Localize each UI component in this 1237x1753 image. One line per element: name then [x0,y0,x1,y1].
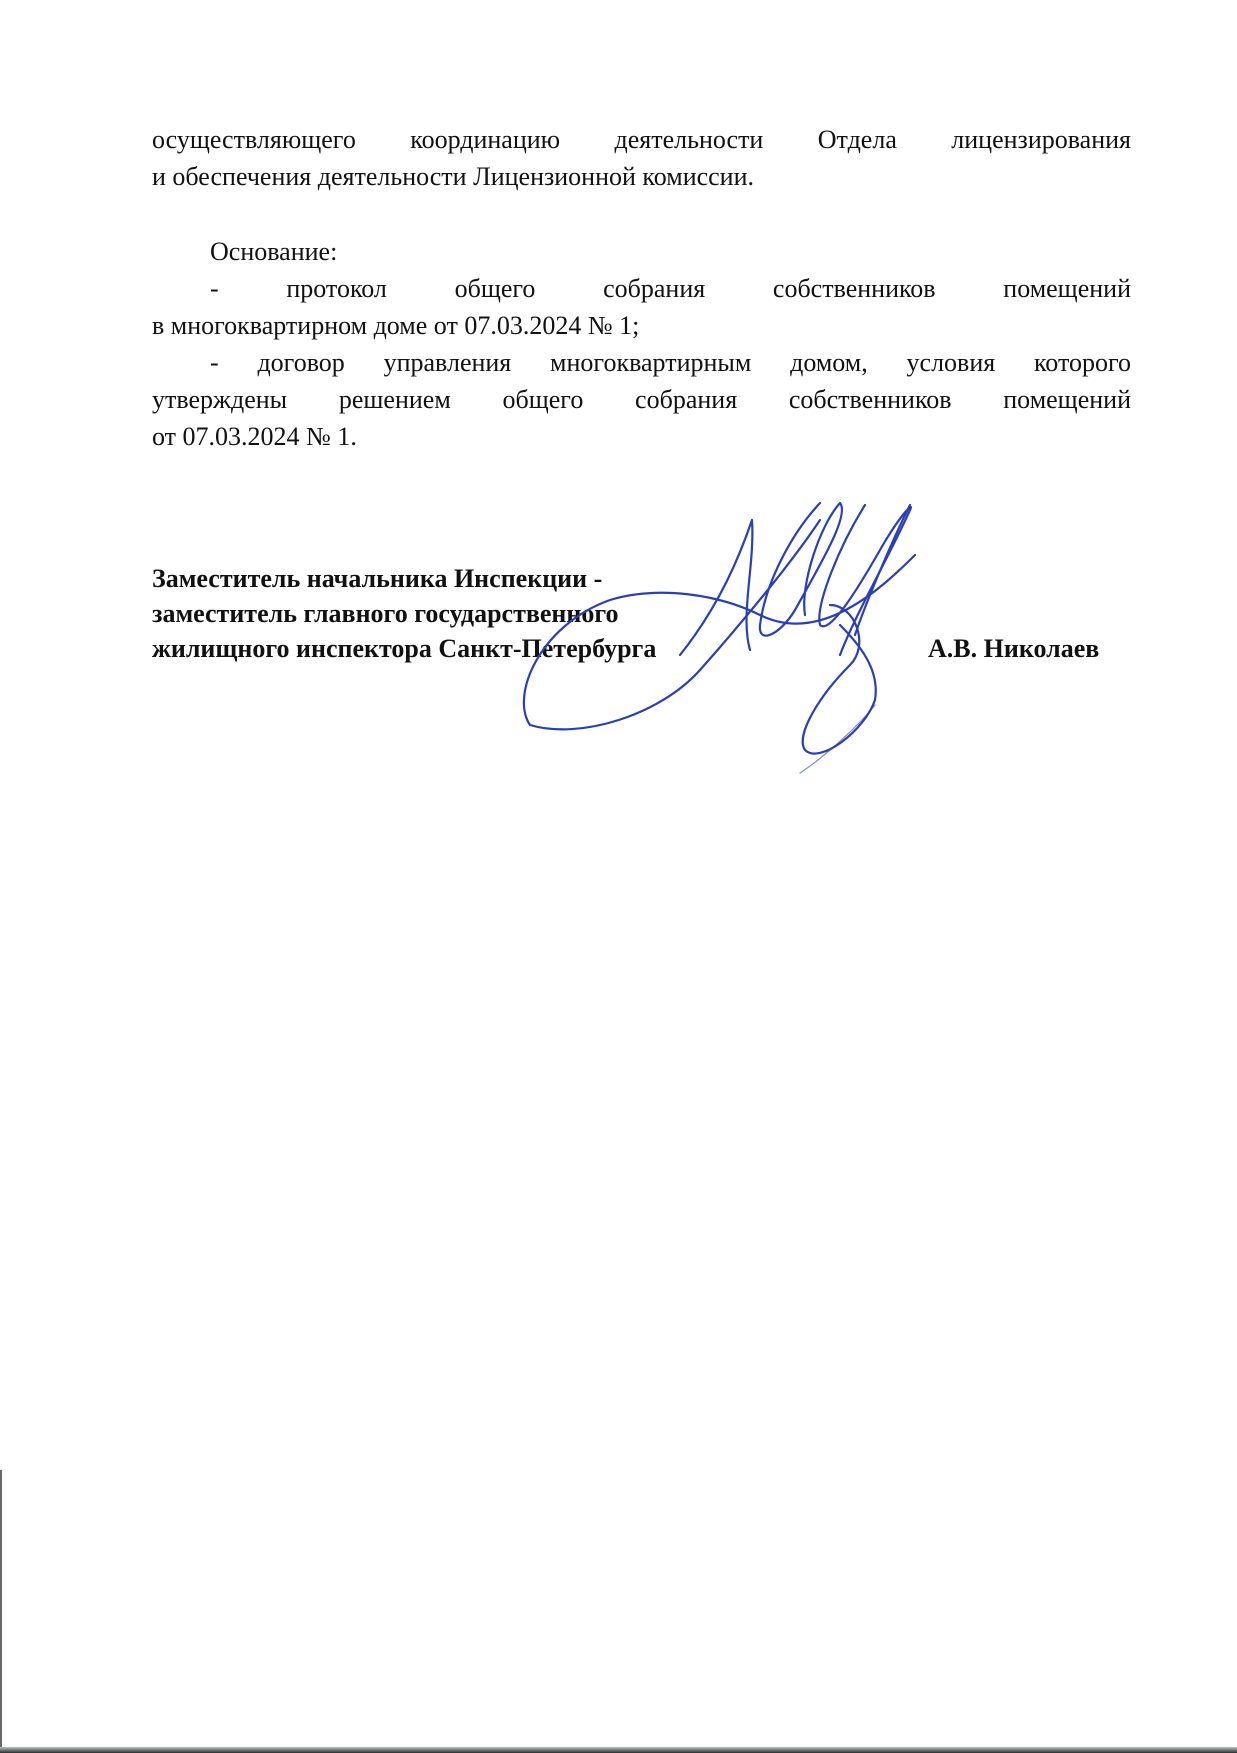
basis-heading-block: Основание: [152,233,1131,270]
basis-heading: Основание: [152,233,1131,270]
paragraph-continuation: осуществляющего координацию деятельности… [152,121,1131,195]
scan-edge-left [0,1470,2,1753]
basis-item-line: в многоквартирном доме от 07.03.2024 № 1… [152,307,1131,344]
basis-item-1: - протокол общего собрания собственников… [152,270,1131,344]
paragraph-line: осуществляющего координацию деятельности… [152,121,1131,158]
document-page: осуществляющего координацию деятельности… [0,0,1237,1753]
basis-item-line: - договор управления многоквартирным дом… [152,344,1131,381]
paragraph-line: и обеспечения деятельности Лицензионной … [152,158,1131,195]
scan-edge-bottom [0,1747,1237,1753]
handwritten-signature-icon [520,495,1040,795]
basis-item-2: - договор управления многоквартирным дом… [152,344,1131,455]
basis-item-line: утверждены решением общего собрания собс… [152,381,1131,418]
basis-item-line: от 07.03.2024 № 1. [152,418,1131,455]
basis-item-line: - протокол общего собрания собственников… [152,270,1131,307]
